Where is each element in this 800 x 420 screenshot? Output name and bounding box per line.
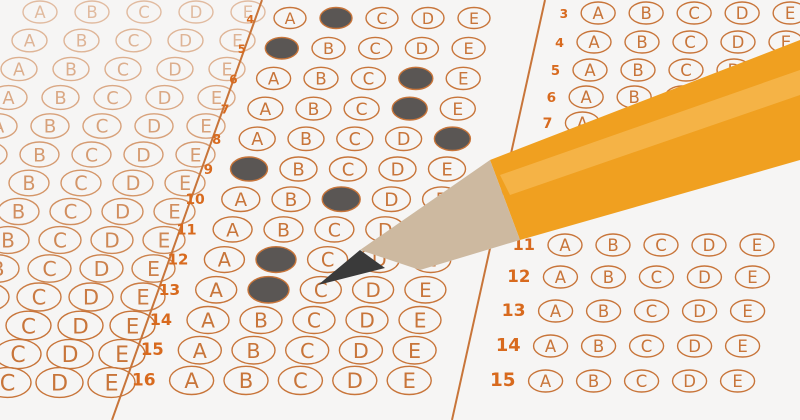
bubble-letter: D <box>688 337 701 356</box>
bubble-letter: D <box>698 268 711 287</box>
bubble-letter: E <box>147 257 160 281</box>
bubble-letter: B <box>86 3 97 22</box>
answer-bubble[interactable] <box>231 157 268 181</box>
bubble-letter: D <box>104 228 119 252</box>
bubble-letter: C <box>328 219 341 241</box>
bubble-letter: E <box>785 4 795 23</box>
question-number: 12 <box>168 251 189 269</box>
bubble-letter: A <box>0 117 5 138</box>
bubble-letter: D <box>126 172 141 195</box>
bubble-letter: B <box>54 88 66 109</box>
bubble-letter: C <box>96 117 109 138</box>
bubble-letter: B <box>254 308 268 332</box>
bubble-letter: C <box>138 3 150 22</box>
bubble-letter: A <box>545 337 557 356</box>
question-number: 5 <box>238 42 246 56</box>
bubble-letter: A <box>592 4 604 23</box>
bubble-letter: C <box>74 172 87 195</box>
bubble-letter: E <box>742 302 752 321</box>
bubble-letter: D <box>62 343 79 368</box>
bubble-letter: D <box>693 302 706 321</box>
bubble-letter: E <box>158 228 171 252</box>
bubble-letter: B <box>33 145 46 166</box>
bubble-letter: D <box>190 3 203 22</box>
bubble-letter: B <box>603 268 614 287</box>
bubble-letter: D <box>732 33 745 52</box>
bubble-letter: C <box>363 70 375 89</box>
bubble-letter: C <box>64 201 78 224</box>
bubble-letter: C <box>651 268 663 287</box>
answer-bubble[interactable] <box>248 277 289 303</box>
answer-bubble[interactable] <box>320 8 352 29</box>
question-number: 4 <box>555 35 564 50</box>
bubble-letter: A <box>201 308 215 332</box>
bubble-letter: A <box>555 268 567 287</box>
bubble-letter: C <box>128 31 140 51</box>
bubble-letter: D <box>397 130 411 150</box>
bubble-letter: D <box>703 236 716 255</box>
bubble-letter: D <box>72 314 89 339</box>
question-number: 12 <box>507 267 530 286</box>
bubble-letter: D <box>94 257 110 281</box>
bubble-letter: C <box>646 302 658 321</box>
bubble-letter: E <box>104 371 118 397</box>
bubble-letter: A <box>580 88 592 107</box>
bubble-letter: B <box>277 219 290 241</box>
bubble-letter: C <box>293 368 308 393</box>
bubble-letter: A <box>540 372 552 391</box>
bubble-letter: C <box>307 308 321 332</box>
bubble-letter: E <box>452 100 463 120</box>
bubble-letter: D <box>83 286 99 310</box>
bubble-letter: D <box>365 279 380 302</box>
bubble-letter: E <box>469 9 479 28</box>
answer-bubble[interactable] <box>0 142 7 167</box>
bubble-letter: E <box>168 201 180 224</box>
question-number: 10 <box>185 192 205 208</box>
bubble-letter: D <box>391 160 405 181</box>
bubble-letter: C <box>636 372 648 391</box>
bubble-letter: C <box>42 257 56 281</box>
answer-bubble[interactable] <box>399 67 433 89</box>
bubble-letter: A <box>251 130 263 150</box>
bubble-letter: E <box>732 372 742 391</box>
bubble-letter: B <box>640 4 651 23</box>
question-number: 7 <box>221 102 230 117</box>
bubble-letter: B <box>22 172 35 195</box>
bubble-letter: B <box>65 60 77 80</box>
bubble-letter: D <box>416 39 428 58</box>
bubble-letter: A <box>24 31 36 51</box>
bubble-letter: D <box>384 190 398 211</box>
question-number: 6 <box>229 72 237 86</box>
bubble-letter: C <box>680 61 692 80</box>
bubble-letter: C <box>377 9 388 28</box>
bubble-letter: B <box>323 39 334 58</box>
bubble-letter: E <box>441 160 452 181</box>
bubble-letter: A <box>34 3 46 22</box>
bubble-letter: C <box>370 39 381 58</box>
answer-sheet: ABCDEABCDEABCDEABCDEABCDEABCDEABCDEABCDE… <box>0 0 800 420</box>
bubble-letter: B <box>12 201 25 224</box>
bubble-letter: B <box>292 160 304 181</box>
bubble-letter: B <box>0 257 5 281</box>
bubble-letter: E <box>126 314 140 339</box>
bubble-letter: A <box>2 88 15 109</box>
bubble-letter: B <box>76 31 88 51</box>
bubble-letter: C <box>342 160 355 181</box>
bubble-letter: D <box>736 4 749 23</box>
bubble-letter: C <box>684 33 696 52</box>
bubble-letter: E <box>458 70 469 89</box>
bubble-letter: D <box>51 371 68 397</box>
question-number: 14 <box>150 310 172 329</box>
answer-bubble[interactable] <box>434 127 470 150</box>
answer-sheet-photo: Multiple-choice answer sheet with pencil… <box>0 0 800 420</box>
answer-bubble[interactable] <box>392 97 427 120</box>
bubble-letter: D <box>158 88 172 109</box>
bubble-letter: E <box>752 236 762 255</box>
question-number: 4 <box>246 13 254 26</box>
bubble-letter: A <box>285 9 296 28</box>
question-number: 13 <box>502 301 526 321</box>
question-number: 3 <box>560 7 569 21</box>
bubble-letter: B <box>632 61 643 80</box>
bubble-letter: E <box>403 368 416 393</box>
bubble-letter: A <box>184 368 199 393</box>
bubble-letter: A <box>588 33 600 52</box>
bubble-letter: D <box>359 308 375 332</box>
bubble-letter: C <box>641 337 653 356</box>
answer-bubble[interactable] <box>322 187 360 212</box>
bubble-letter: E <box>414 308 427 332</box>
left-column: ABCDEABCDEABCDEABCDEABCDEABCDEABCDEABCDE… <box>0 1 265 397</box>
answer-bubble[interactable] <box>0 283 9 311</box>
bubble-letter: C <box>688 4 700 23</box>
bubble-letter: D <box>136 145 150 166</box>
bubble-letter: D <box>179 31 192 51</box>
question-number: 9 <box>204 162 213 178</box>
bubble-letter: D <box>168 60 181 80</box>
bubble-letter: C <box>300 339 314 363</box>
question-number: 14 <box>496 336 521 356</box>
bubble-letter: A <box>584 61 596 80</box>
bubble-letter: A <box>234 190 247 211</box>
answer-bubble[interactable] <box>265 37 298 59</box>
bubble-letter: D <box>147 117 161 138</box>
bubble-letter: E <box>115 343 129 368</box>
question-number: 15 <box>141 340 164 359</box>
question-number: 7 <box>543 116 553 132</box>
bubble-letter: A <box>559 236 571 255</box>
question-number: 8 <box>212 133 221 148</box>
bubble-letter: A <box>13 60 25 80</box>
bubble-letter: E <box>747 268 757 287</box>
bubble-letter: B <box>593 337 604 356</box>
bubble-letter: D <box>422 9 434 28</box>
bubble-letter: B <box>588 372 599 391</box>
bubble-letter: B <box>315 70 326 89</box>
bubble-letter: C <box>0 371 15 397</box>
question-number: 11 <box>176 222 196 238</box>
bubble-letter: A <box>226 219 239 241</box>
bubble-letter: B <box>285 190 298 211</box>
bubble-letter: B <box>246 339 260 363</box>
bubble-letter: D <box>683 372 696 391</box>
bubble-letter: C <box>349 130 361 150</box>
bubble-letter: E <box>408 339 421 363</box>
bubble-letter: A <box>218 249 232 272</box>
bubble-letter: D <box>115 201 130 224</box>
bubble-letter: C <box>85 145 98 166</box>
bubble-letter: A <box>193 339 207 363</box>
bubble-letter: C <box>356 100 368 120</box>
bubble-letter: C <box>53 228 67 252</box>
bubble-letter: E <box>737 337 747 356</box>
bubble-letter: E <box>419 279 432 302</box>
bubble-letter: E <box>200 117 212 138</box>
bubble-letter: E <box>136 286 149 310</box>
bubble-letter: B <box>44 117 57 138</box>
bubble-letter: C <box>655 236 667 255</box>
bubble-letter: C <box>10 343 25 368</box>
bubble-letter: C <box>117 60 129 80</box>
bubble-letter: A <box>268 70 280 89</box>
bubble-letter: A <box>209 279 223 302</box>
question-number: 13 <box>159 281 181 299</box>
bubble-letter: C <box>21 314 36 339</box>
question-number: 15 <box>490 370 516 391</box>
bubble-letter: B <box>308 100 320 120</box>
bubble-letter: E <box>190 145 202 166</box>
question-number: 16 <box>132 370 156 390</box>
answer-bubble[interactable] <box>256 247 296 273</box>
bubble-letter: B <box>607 236 618 255</box>
bubble-letter: A <box>260 100 272 120</box>
bubble-letter: A <box>550 302 562 321</box>
bubble-letter: B <box>1 228 15 252</box>
bubble-letter: B <box>598 302 609 321</box>
bubble-letter: C <box>321 249 335 272</box>
bubble-letter: B <box>300 130 312 150</box>
bubble-letter: C <box>32 286 47 310</box>
bubble-letter: B <box>636 33 647 52</box>
question-number: 5 <box>551 64 560 79</box>
bubble-letter: C <box>106 88 118 109</box>
bubble-letter: D <box>347 368 363 393</box>
bubble-letter: E <box>463 39 473 58</box>
bubble-letter: B <box>239 368 254 393</box>
bubble-letter: D <box>353 339 369 363</box>
question-number: 6 <box>547 90 556 106</box>
